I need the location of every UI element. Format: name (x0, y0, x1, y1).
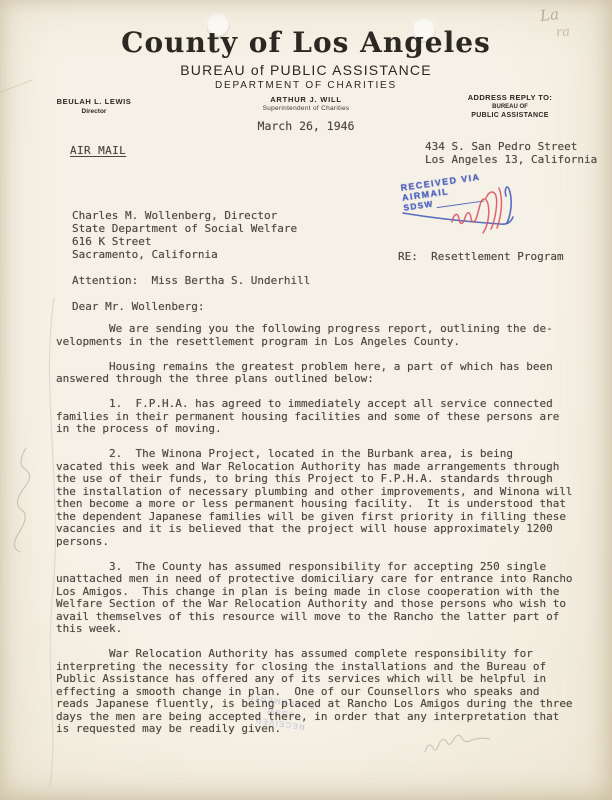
address-reply-line: PUBLIC ASSISTANCE (450, 112, 570, 120)
office-address: 434 S. San Pedro Street Los Angeles 13, … (425, 140, 597, 166)
blue-pen-mark (403, 213, 513, 224)
received-stamp: RECEIVED VIA AIRMAIL SDSW (400, 167, 515, 212)
letterhead-bureau: BUREAU of PUBLIC ASSISTANCE (0, 62, 612, 78)
body-paragraph: 1. F.P.H.A. has agreed to immediately ac… (56, 398, 573, 436)
letter-body: We are sending you the following progres… (56, 323, 573, 736)
pencil-scribble-left (14, 448, 29, 552)
address-reply-line: BUREAU OF (450, 103, 570, 111)
director-name: BEULAH L. LEWIS (34, 97, 154, 106)
salutation: Dear Mr. Wollenberg: (72, 300, 204, 313)
body-paragraph: Housing remains the greatest problem her… (56, 361, 573, 386)
pencil-note: ra (555, 25, 570, 41)
date-line: March 26, 1946 (0, 120, 612, 133)
body-paragraph: We are sending you the following progres… (56, 323, 573, 348)
director-block: BEULAH L. LEWIS Director (34, 97, 154, 115)
letterhead-title: County of Los Angeles (0, 26, 612, 59)
address-reply-block: ADDRESS REPLY TO: BUREAU OF PUBLIC ASSIS… (450, 94, 570, 120)
pencil-scribble-bottom-right (425, 735, 490, 752)
pencil-note: La (539, 5, 560, 25)
body-paragraph: 3. The County has assumed responsibility… (56, 561, 573, 636)
letter-document: RECEIVED SDSW SACRAMENTO County of Los A… (0, 0, 612, 800)
address-reply-line: ADDRESS REPLY TO: (450, 94, 570, 102)
paper-crease (49, 298, 55, 786)
director-title: Director (34, 108, 154, 115)
body-paragraph: War Relocation Authority has assumed com… (56, 648, 573, 736)
attention-line: Attention: Miss Bertha S. Underhill (72, 274, 310, 287)
body-paragraph: 2. The Winona Project, located in the Bu… (56, 448, 573, 548)
air-mail-label: AIR MAIL (70, 144, 126, 157)
recipient-address: Charles M. Wollenberg, Director State De… (72, 209, 297, 261)
reference-line: RE: Resettlement Program (398, 250, 564, 263)
letterhead-department: DEPARTMENT OF CHARITIES (0, 80, 612, 91)
